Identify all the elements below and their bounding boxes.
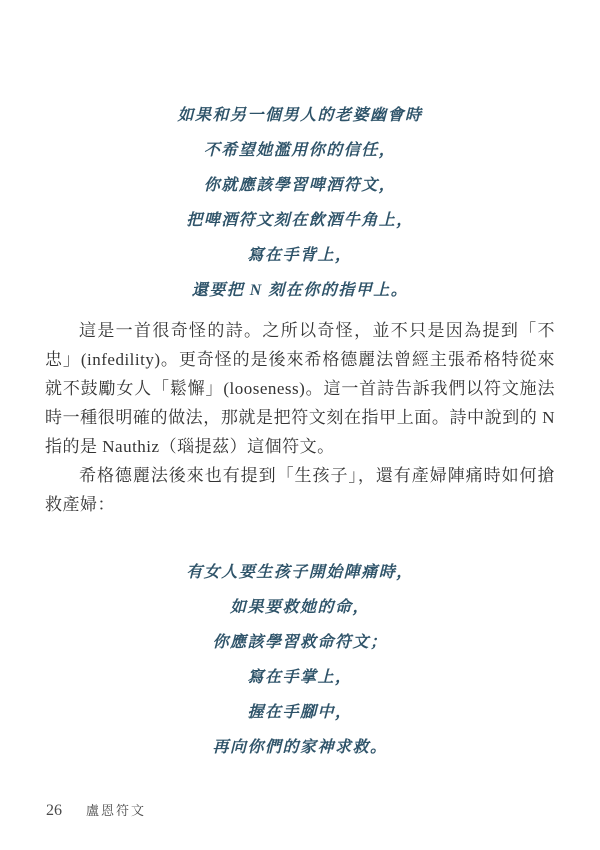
poem-line: 握在手腳中， xyxy=(0,695,600,730)
poem-line: 你應該學習救命符文； xyxy=(0,625,600,660)
poem-line: 還要把 N 刻在你的指甲上。 xyxy=(0,273,600,308)
poem-line: 如果和另一個男人的老婆幽會時 xyxy=(0,98,600,133)
poem-line: 把啤酒符文刻在飲酒牛角上， xyxy=(0,203,600,238)
poem-line: 再向你們的家神求救。 xyxy=(0,730,600,765)
poem-line: 如果要救她的命， xyxy=(0,590,600,625)
poem-line: 不希望她濫用你的信任， xyxy=(0,133,600,168)
running-title: 盧恩符文 xyxy=(86,800,146,819)
poem-line: 寫在手掌上， xyxy=(0,660,600,695)
poem-line: 寫在手背上， xyxy=(0,238,600,273)
page-number: 26 xyxy=(46,802,62,820)
beer-rune-poem: 如果和另一個男人的老婆幽會時 不希望她濫用你的信任， 你就應該學習啤酒符文， 把… xyxy=(0,0,600,308)
childbirth-rune-poem: 有女人要生孩子開始陣痛時， 如果要救她的命， 你應該學習救命符文； 寫在手掌上，… xyxy=(0,555,600,765)
page-footer: 26 盧恩符文 xyxy=(46,800,146,820)
body-paragraph: 希格德麗法後來也有提到「生孩子」，還有產婦陣痛時如何搶救產婦： xyxy=(45,461,555,519)
poem-line: 有女人要生孩子開始陣痛時， xyxy=(0,555,600,590)
body-paragraph: 這是一首很奇怪的詩。之所以奇怪，並不只是因為提到「不忠」(infedility)… xyxy=(45,316,555,461)
poem-line: 你就應該學習啤酒符文， xyxy=(0,168,600,203)
book-page: 如果和另一個男人的老婆幽會時 不希望她濫用你的信任， 你就應該學習啤酒符文， 把… xyxy=(0,0,600,850)
body-text: 這是一首很奇怪的詩。之所以奇怪，並不只是因為提到「不忠」(infedility)… xyxy=(45,316,555,519)
